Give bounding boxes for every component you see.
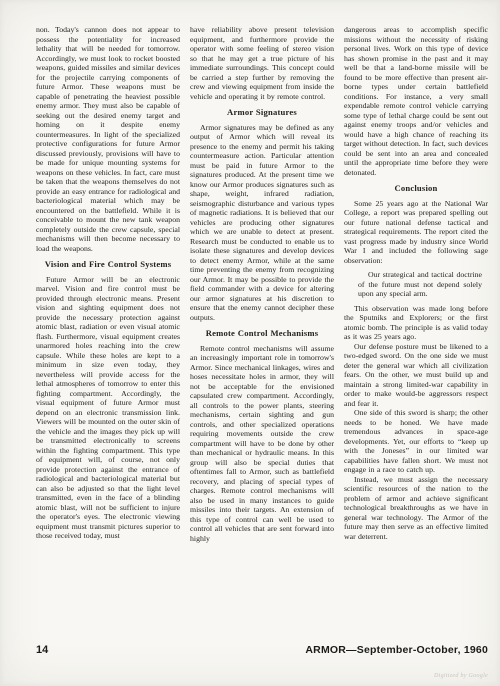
section-heading-armor-signatures: Armor Signatures (190, 108, 334, 118)
article-body: non. Today's cannon does not appear to p… (36, 25, 488, 633)
paragraph: non. Today's cannon does not appear to p… (36, 25, 180, 253)
section-heading-remote-control-mechanisms: Remote Control Mechanisms (190, 329, 334, 339)
paragraph: dangerous areas to accomplish specific m… (344, 25, 488, 177)
page-number: 14 (36, 644, 48, 656)
paragraph: Remote control mechanisms will assume an… (190, 344, 334, 544)
paragraph: This observation was made long before th… (344, 304, 488, 342)
paragraph: Future Armor will be an electronic marve… (36, 275, 180, 541)
column-middle: have reliability above present televisio… (190, 25, 334, 633)
digitized-watermark: Digitized by Google (434, 673, 488, 679)
block-quote: Our strategical and tactical doctrine of… (358, 270, 482, 299)
journal-footer: ARMOR—September-October, 1960 (305, 644, 488, 656)
section-heading-conclusion: Conclusion (344, 184, 488, 194)
magazine-page: non. Today's cannon does not appear to p… (0, 0, 500, 686)
paragraph: Some 25 years ago at the National War Co… (344, 199, 488, 266)
paragraph: One side of this sword is sharp; the oth… (344, 408, 488, 475)
section-heading-vision-and-fire-control: Vision and Fire Control Systems (36, 260, 180, 270)
column-left: non. Today's cannon does not appear to p… (36, 25, 180, 633)
paragraph: have reliability above present televisio… (190, 25, 334, 101)
paragraph: Instead, we must assign the necessary sc… (344, 475, 488, 542)
paragraph: Our defense posture must be likened to a… (344, 342, 488, 409)
column-right: dangerous areas to accomplish specific m… (344, 25, 488, 633)
paragraph: Armor signatures may be defined as any o… (190, 123, 334, 323)
